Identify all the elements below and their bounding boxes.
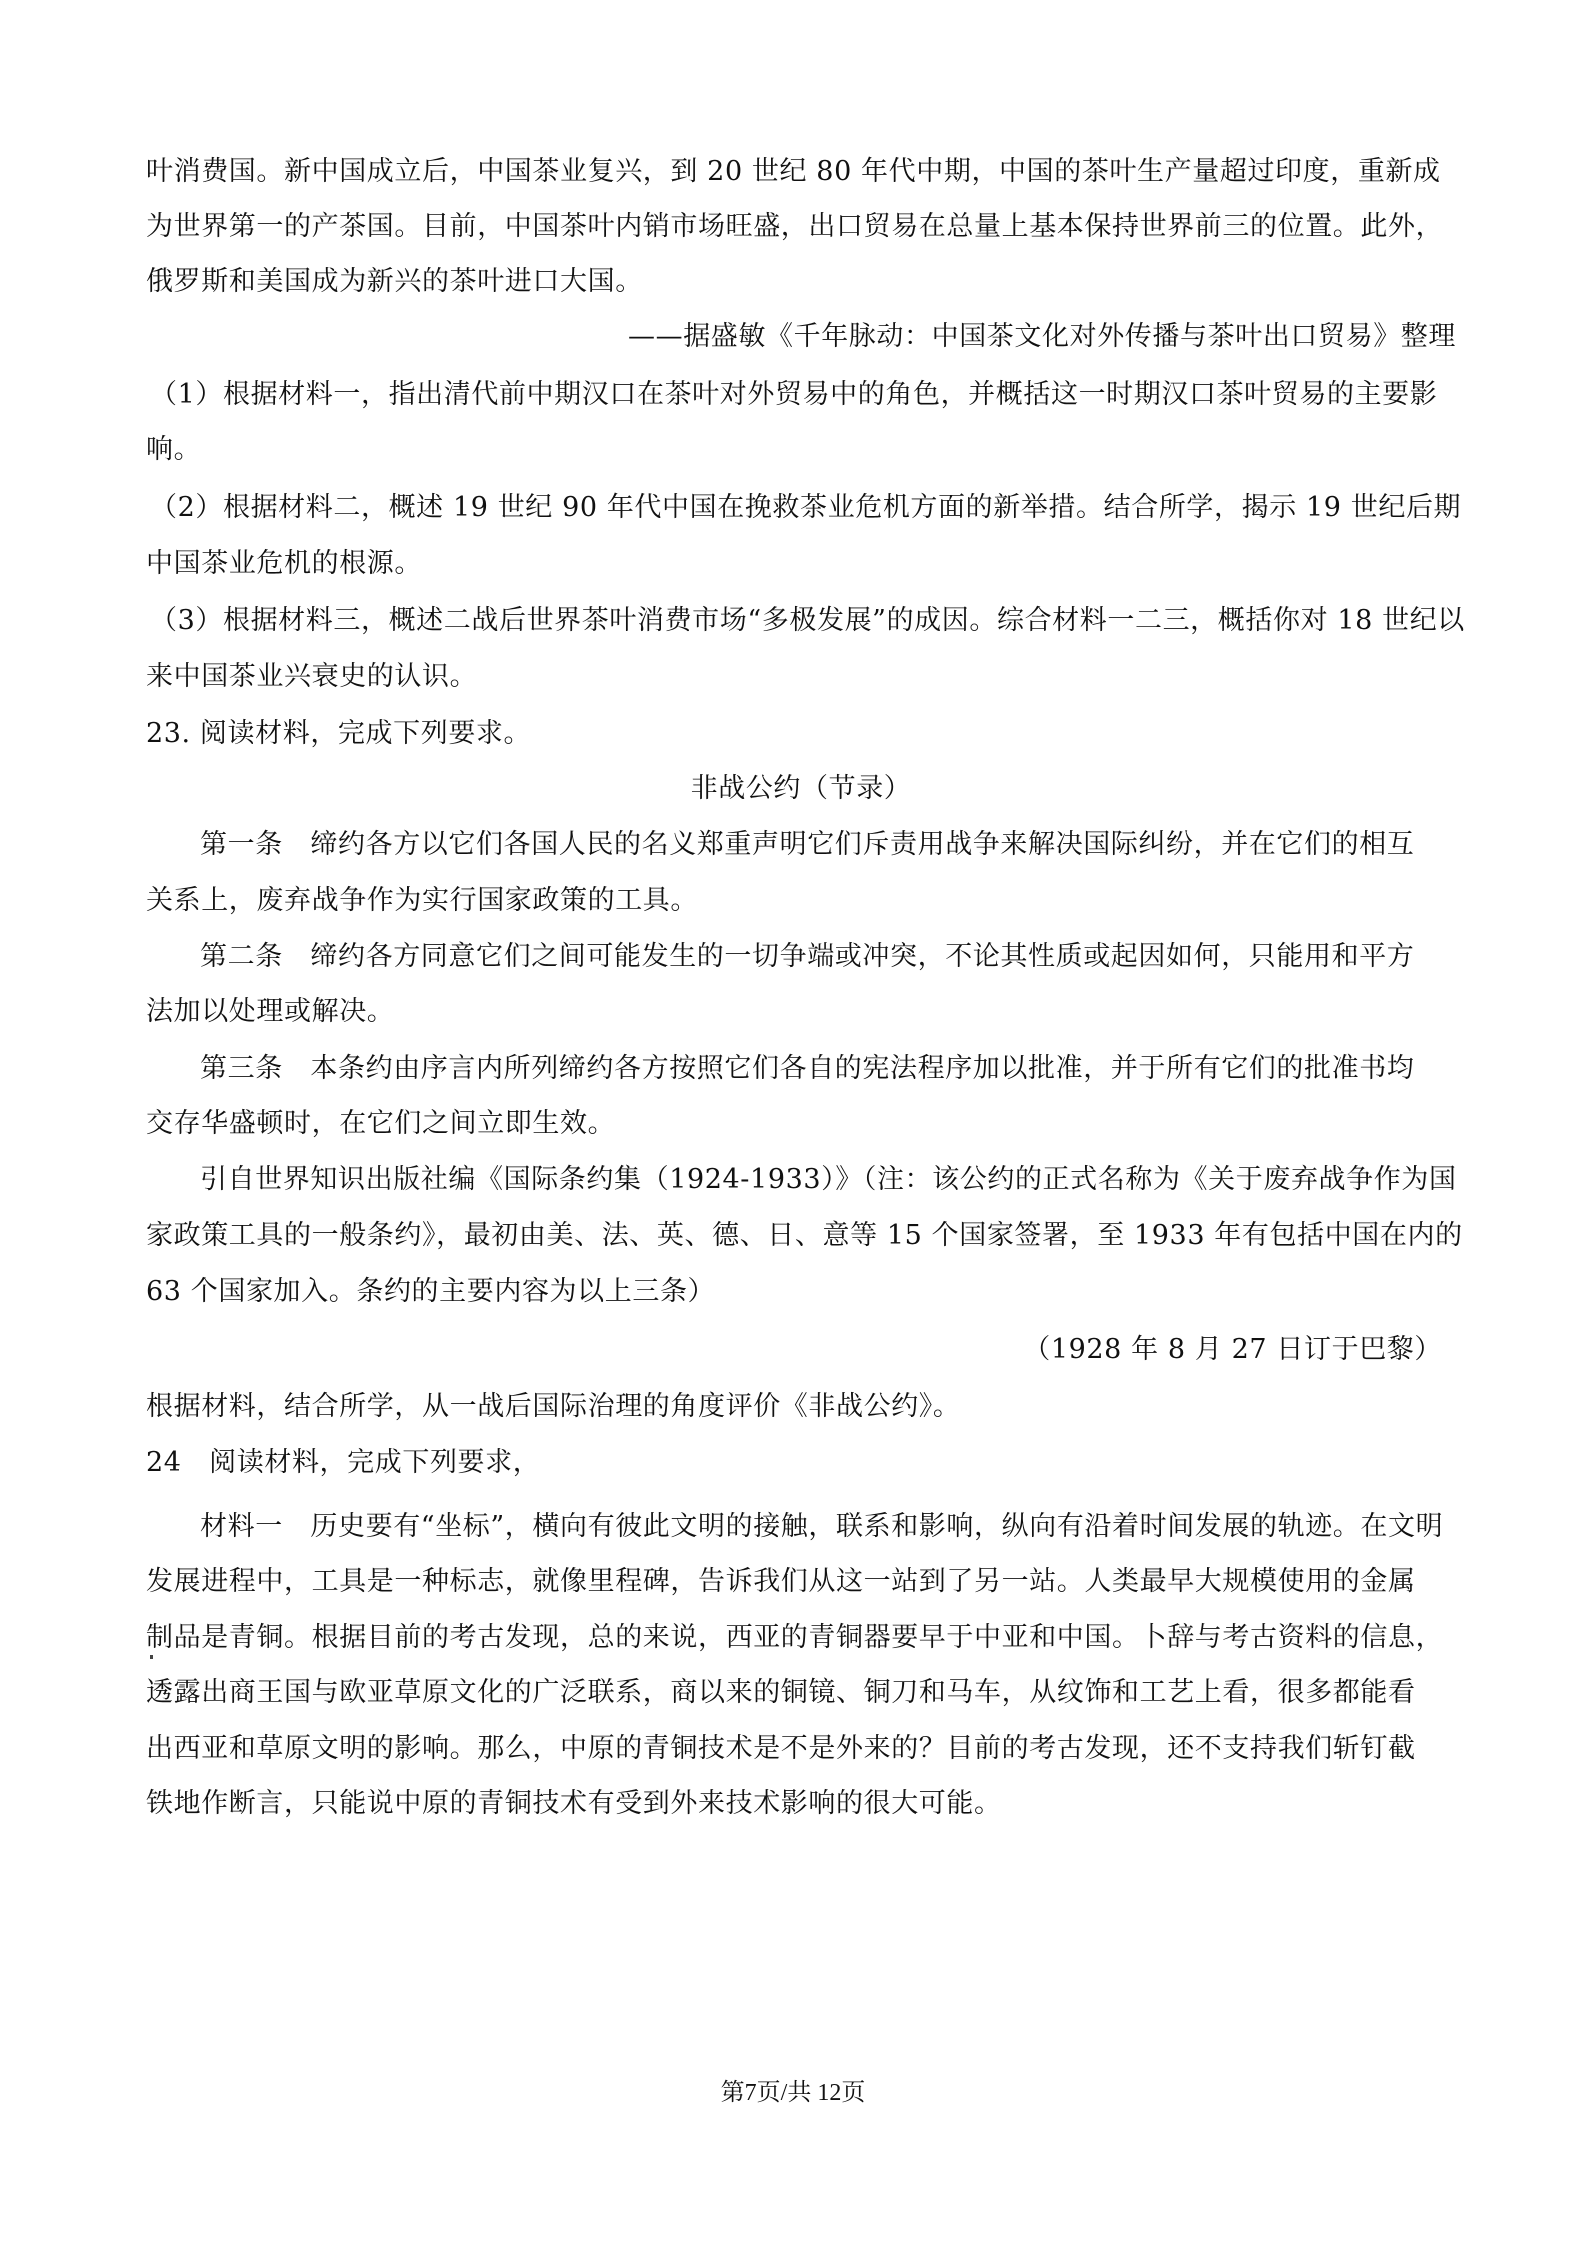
q22-subquestion-2-cont: 中国茶业危机的根源。: [146, 547, 1456, 581]
q24-material1-line: 出西亚和草原文明的影响。那么，中原的青铜技术是不是外来的？目前的考古发现，还不支…: [146, 1732, 1456, 1766]
q23-citation: 引自世界知识出版社编《国际条约集（1924-1933）》（注：该公约的正式名称为…: [146, 1163, 1456, 1197]
q22-subquestion-1: （1）根据材料一，指出清代前中期汉口在茶叶对外贸易中的角色，并概括这一时期汉口茶…: [146, 378, 1456, 412]
q23-article-1: 第一条 缔约各方以它们各国人民的名义郑重声明它们斥责用战争来解决国际纠纷，并在它…: [146, 828, 1456, 862]
q23-citation-cont: 家政策工具的一般条约》，最初由美、法、英、德、日、意等 15 个国家签署，至 1…: [146, 1219, 1456, 1253]
material3-line: 为世界第一的产茶国。目前，中国茶叶内销市场旺盛，出口贸易在总量上基本保持世界前三…: [146, 210, 1456, 244]
material3-line: 叶消费国。新中国成立后，中国茶业复兴，到 20 世纪 80 年代中期，中国的茶叶…: [146, 155, 1456, 189]
q22-subquestion-1-cont: 响。: [146, 433, 1456, 467]
q23-date: （1928 年 8 月 27 日订于巴黎）: [146, 1333, 1456, 1367]
q23-doc-title: 非战公约（节录）: [146, 772, 1456, 806]
q24-material1-line: 铁地作断言，只能说中原的青铜技术有受到外来技术影响的很大可能。: [146, 1787, 1456, 1821]
q23-article-2: 第二条 缔约各方同意它们之间可能发生的一切争端或冲突，不论其性质或起因如何，只能…: [146, 940, 1456, 974]
q24-material1-line: 发展进程中，工具是一种标志，就像里程碑，告诉我们从这一站到了另一站。人类最早大规…: [146, 1565, 1456, 1599]
q23-article-3-cont: 交存华盛顿时，在它们之间立即生效。: [146, 1107, 1456, 1141]
q24-material1-line: 制品是青铜。根据目前的考古发现，总的来说，西亚的青铜器要早于中亚和中国。卜辞与考…: [146, 1621, 1456, 1655]
q23-article-1-cont: 关系上，废弃战争作为实行国家政策的工具。: [146, 884, 1456, 918]
q23-article-3: 第三条 本条约由序言内所列缔约各方按照它们各自的宪法程序加以批准，并于所有它们的…: [146, 1052, 1456, 1086]
q24-material1-line: 材料一 历史要有“坐标”，横向有彼此文明的接触，联系和影响，纵向有沿着时间发展的…: [146, 1510, 1456, 1544]
material3-source: ——据盛敏《千年脉动：中国茶文化对外传播与茶叶出口贸易》整理: [146, 320, 1456, 354]
page-footer: 第7页/共 12页: [0, 2078, 1586, 2108]
q23-citation-cont: 63 个国家加入。条约的主要内容为以上三条）: [146, 1275, 1456, 1309]
q22-subquestion-3-cont: 来中国茶业兴衰史的认识。: [146, 660, 1456, 694]
q23-article-2-cont: 法加以处理或解决。: [146, 995, 1456, 1029]
q24-material1-line: 透露出商王国与欧亚草原文化的广泛联系，商以来的铜镜、铜刀和马车，从纹饰和工艺上看…: [146, 1676, 1456, 1710]
q22-subquestion-2: （2）根据材料二，概述 19 世纪 90 年代中国在挽救茶业危机方面的新举措。结…: [146, 491, 1456, 525]
material3-line: 俄罗斯和美国成为新兴的茶叶进口大国。: [146, 265, 1456, 299]
q23-stem: 23. 阅读材料，完成下列要求。: [146, 717, 1456, 751]
stray-mark: [150, 1655, 153, 1659]
q23-question: 根据材料，结合所学，从一战后国际治理的角度评价《非战公约》。: [146, 1390, 1456, 1424]
q22-subquestion-3: （3）根据材料三，概述二战后世界茶叶消费市场“多极发展”的成因。综合材料一二三，…: [146, 604, 1456, 638]
q24-stem: 24 阅读材料，完成下列要求，: [146, 1446, 1456, 1480]
